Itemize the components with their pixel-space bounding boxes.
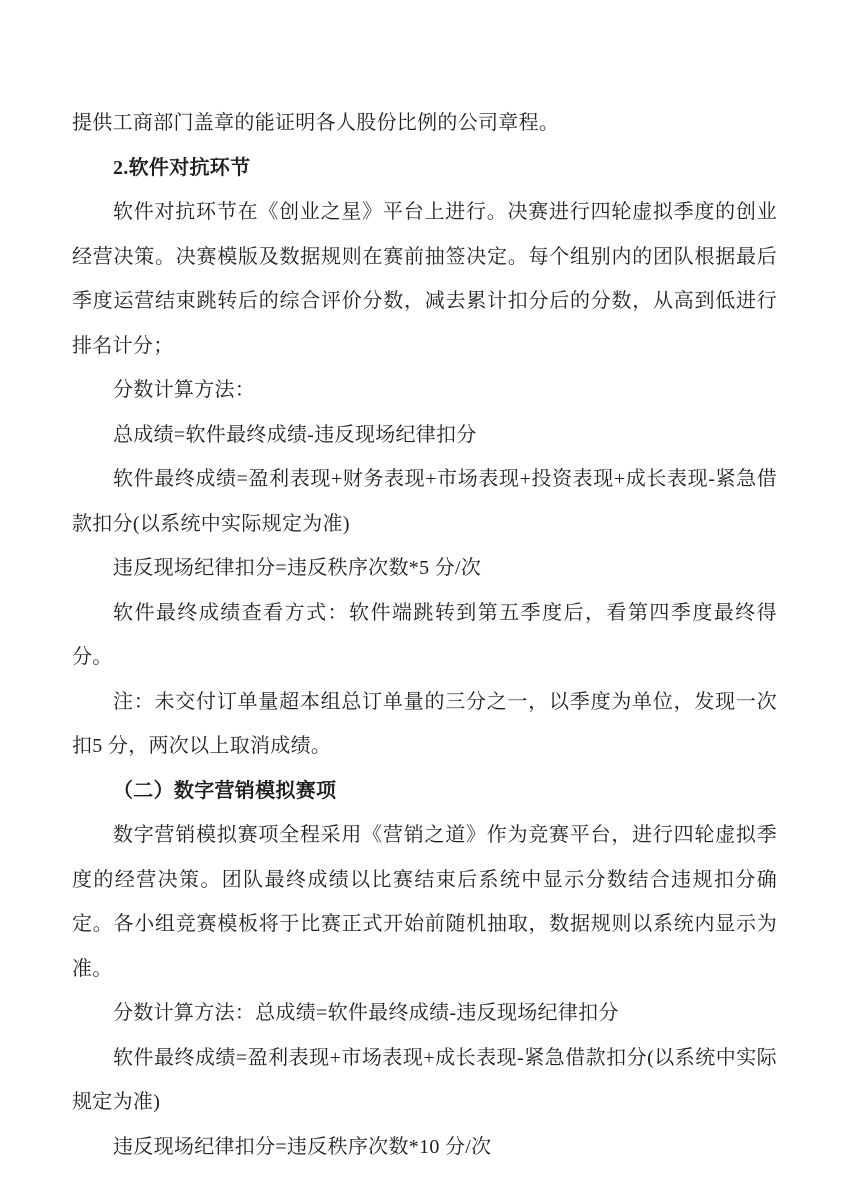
document-paragraph: 提供工商部门盖章的能证明各人股份比例的公司章程。 <box>72 101 777 146</box>
document-page: 提供工商部门盖章的能证明各人股份比例的公司章程。2.软件对抗环节软件对抗环节在《… <box>0 0 849 1200</box>
document-paragraph: 注：未交付订单量超本组总订单量的三分之一，以季度为单位，发现一次扣5 分，两次以… <box>72 680 777 769</box>
document-paragraph: 软件最终成绩=盈利表现+财务表现+市场表现+投资表现+成长表现-紧急借款扣分(以… <box>72 457 777 546</box>
document-paragraph: 软件最终成绩查看方式：软件端跳转到第五季度后，看第四季度最终得分。 <box>72 591 777 680</box>
document-paragraph: 违反现场纪律扣分=违反秩序次数*10 分/次 <box>72 1125 777 1170</box>
document-heading: 2.软件对抗环节 <box>72 146 777 191</box>
document-paragraph: 总成绩=软件最终成绩-违反现场纪律扣分 <box>72 413 777 458</box>
document-paragraph: 违反现场纪律扣分=违反秩序次数*5 分/次 <box>72 546 777 591</box>
document-paragraph: 分数计算方法：总成绩=软件最终成绩-违反现场纪律扣分 <box>72 991 777 1036</box>
document-paragraph: 分数计算方法： <box>72 368 777 413</box>
document-paragraph: 数字营销模拟赛项全程采用《营销之道》作为竞赛平台，进行四轮虚拟季度的经营决策。团… <box>72 813 777 991</box>
document-heading: （二）数字营销模拟赛项 <box>72 769 777 814</box>
document-paragraph: 软件最终成绩=盈利表现+市场表现+成长表现-紧急借款扣分(以系统中实际规定为准) <box>72 1036 777 1125</box>
document-body: 提供工商部门盖章的能证明各人股份比例的公司章程。2.软件对抗环节软件对抗环节在《… <box>72 101 777 1169</box>
document-paragraph: 软件对抗环节在《创业之星》平台上进行。决赛进行四轮虚拟季度的创业经营决策。决赛模… <box>72 190 777 368</box>
